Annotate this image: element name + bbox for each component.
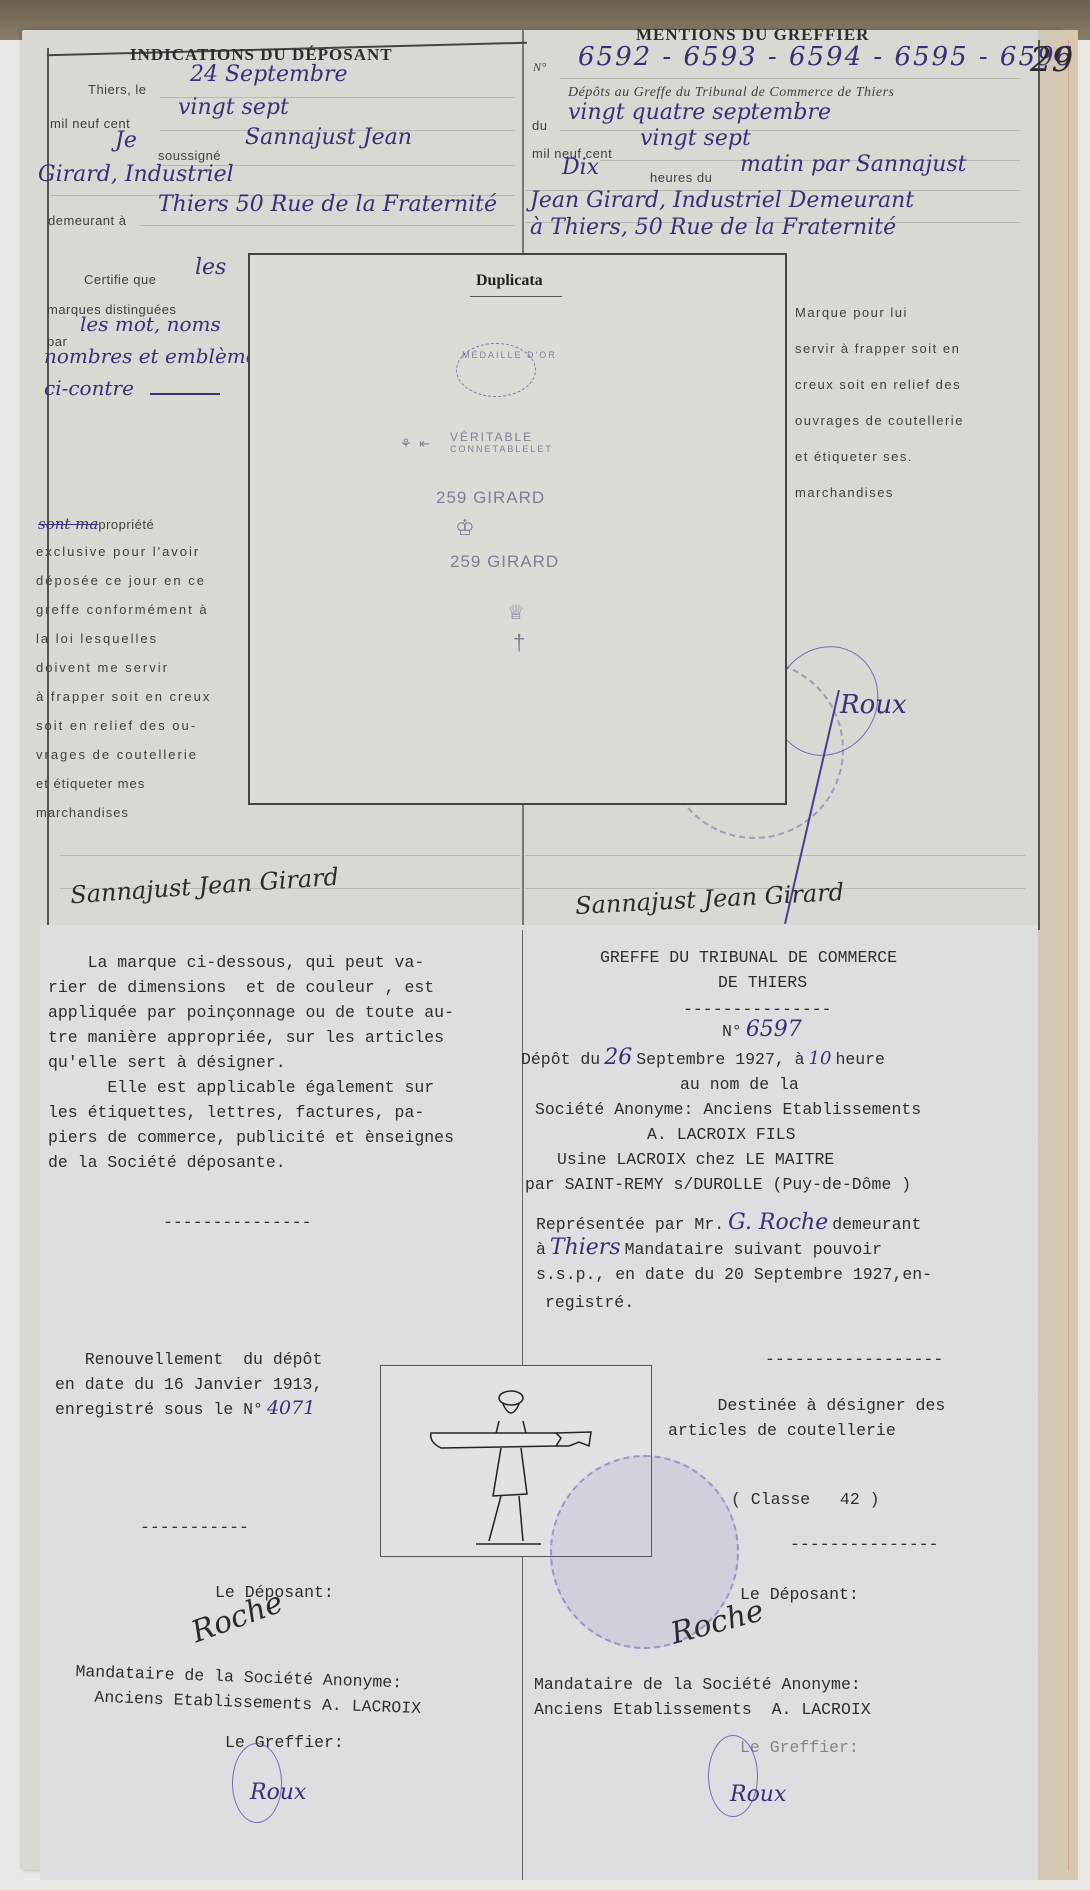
renouvellement-number: 4071	[267, 1397, 315, 1419]
page-edge-right	[1038, 30, 1078, 1880]
renouvellement-block: Renouvellement du dépôt en date du 16 Ja…	[55, 1347, 322, 1422]
handwritten-dash	[150, 393, 220, 395]
numero-handwritten: 6597	[746, 1017, 802, 1042]
crown-small-icon: ♕	[507, 600, 527, 625]
heures-handwritten: Dix	[562, 155, 599, 180]
typed-line: tre manière appropriée, sur les articles	[48, 1025, 454, 1050]
typed-line: appliquée par poinçonnage ou de toute au…	[48, 1000, 454, 1025]
typed-line: A. LACROIX FILS	[647, 1122, 796, 1147]
body-line: soit en relief des ou-	[36, 718, 244, 747]
year-handwritten: vingt sept	[178, 95, 289, 120]
duplicata-underline	[470, 296, 562, 297]
marque-line: creux soit en relief des	[795, 377, 1025, 413]
body-line: exclusive pour l'avoir	[36, 544, 244, 573]
typed-line: Anciens Etablissements A. LACROIX	[534, 1697, 871, 1722]
stamp-259-girard-2: 259 GIRARD	[450, 552, 559, 572]
greffe-header-1: GREFFE DU TRIBUNAL DE COMMERCE	[600, 945, 897, 970]
du-label: du	[532, 118, 547, 133]
address-handwritten: Thiers 50 Rue de la Fraternité	[158, 192, 497, 217]
flower-mark-icon: ⚘ ⇤	[400, 436, 432, 452]
typed-line: articles de coutellerie	[668, 1418, 945, 1443]
heures-label: heures du	[650, 170, 712, 185]
typed-line: Usine LACROIX chez LE MAITRE	[557, 1147, 834, 1172]
marque-line: servir à frapper soit en	[795, 341, 1025, 377]
marque-block: Marque pour lui servir à frapper soit en…	[795, 305, 1025, 521]
typed-line: Renouvellement du dépôt	[55, 1347, 322, 1372]
depot-day-handwritten: 26	[604, 1045, 632, 1070]
classe-label: ( Classe 42 )	[731, 1487, 880, 1512]
medaille-stamp-text: MÉDAILLE D'OR	[462, 350, 557, 360]
marque-line: marchandises	[795, 485, 1025, 521]
duplicata-box	[248, 253, 787, 805]
represente-prefix: Représentée par Mr.	[536, 1215, 724, 1234]
body-line: marchandises	[36, 805, 244, 834]
stamp-259-girard-1: 259 GIRARD	[436, 488, 545, 508]
typed-line: enregistré sous le N°	[55, 1397, 263, 1422]
rule	[560, 78, 1020, 79]
date-handwritten: 24 Septembre	[190, 62, 348, 87]
typed-line: Destinée à désigner des	[668, 1393, 945, 1418]
numero-label: N°	[722, 1022, 742, 1041]
a-handwritten: Thiers	[550, 1235, 621, 1260]
typed-line: rier de dimensions et de couleur , est	[48, 975, 454, 1000]
propriete-handwritten: sont ma	[38, 515, 98, 533]
typed-line: par SAINT-REMY s/DUROLLE (Puy-de-Dôme )	[525, 1172, 911, 1197]
greffier-sign-right: Roux	[730, 1782, 786, 1807]
body-line: doivent me servir	[36, 660, 244, 689]
propriete-line: sont mapropriété	[38, 515, 154, 534]
page-number: 29	[1030, 40, 1073, 80]
typed-line: La marque ci-dessous, qui peut va-	[48, 950, 454, 975]
typed-line: Mandataire de la Société Anonyme:	[534, 1672, 871, 1697]
margin-red-line	[1068, 40, 1069, 1870]
greffier-sign-left: Roux	[250, 1780, 306, 1805]
thiers-le-label: Thiers, le	[88, 82, 146, 97]
veritable-stamp-1: VÉRITABLE	[450, 430, 533, 444]
typed-line: au nom de la	[680, 1072, 799, 1097]
depot-mid: Septembre 1927, à	[636, 1050, 804, 1069]
numero-line: N° 6597	[722, 1017, 802, 1044]
body-line: greffe conformément à	[36, 602, 244, 631]
du-handwritten: vingt quatre septembre	[568, 100, 831, 125]
depot-line: Dépôt du 26 Septembre 1927, à 10 heure	[521, 1045, 885, 1072]
greffe-header-2: DE THIERS	[718, 970, 807, 995]
typed-dashes: ------------------	[765, 1347, 943, 1372]
destinee-block: Destinée à désigner des articles de cout…	[668, 1393, 945, 1443]
rule	[525, 855, 1025, 856]
typed-line: Société Anonyme: Anciens Etablissements	[535, 1097, 921, 1122]
deposant-body: exclusive pour l'avoir déposée ce jour e…	[36, 544, 244, 834]
heures-handwritten-2: matin par Sannajust	[740, 152, 967, 177]
mil-handwritten: vingt sept	[640, 126, 751, 151]
typed-line: de la Société déposante.	[48, 1150, 454, 1175]
rule	[560, 130, 1020, 131]
mandataire-line: Mandataire suivant pouvoir	[625, 1240, 882, 1259]
certifie-label: Certifie que	[84, 272, 156, 287]
duplicata-title: Duplicata	[476, 272, 543, 290]
represente-suffix: demeurant	[832, 1215, 921, 1234]
line-handwritten-3: à Thiers, 50 Rue de la Fraternité	[530, 215, 896, 240]
right-border	[1038, 40, 1040, 930]
marque-line: et étiqueter ses.	[795, 449, 1025, 485]
typed-line: en date du 16 Janvier 1913,	[55, 1372, 322, 1397]
line-handwritten-2: Jean Girard, Industriel Demeurant	[530, 188, 914, 213]
veritable-stamp-2: CONNETABLELET	[450, 444, 553, 454]
greffier-signature: Roux	[840, 690, 907, 720]
depots-label: Dépôts au Greffe du Tribunal de Commerce…	[568, 85, 895, 101]
represente-line: Représentée par Mr. G. Roche demeurant	[536, 1210, 921, 1237]
certifie-handwritten: les	[195, 255, 226, 280]
marque-line: Marque pour lui	[795, 305, 1025, 341]
cross-icon: †	[513, 630, 527, 656]
mandataire-right: Mandataire de la Société Anonyme: Ancien…	[534, 1672, 871, 1722]
typed-line: les étiquettes, lettres, factures, pa-	[48, 1100, 454, 1125]
name-handwritten-2: Girard, Industriel	[38, 162, 234, 187]
typed-line: s.s.p., en date du 20 Septembre 1927,en-	[536, 1262, 932, 1287]
a-label: à	[536, 1240, 546, 1259]
par-handwritten-2: nombres et emblèmes	[44, 344, 268, 368]
par-handwritten-3: ci-contre	[44, 376, 134, 400]
soussigne-label: soussigné	[158, 148, 221, 163]
depot-prefix: Dépôt du	[521, 1050, 600, 1069]
propriete-label: propriété	[98, 517, 154, 532]
rule	[60, 855, 520, 856]
typed-dashes: ---------------	[163, 1210, 312, 1235]
name-handwritten-1: Sannajust Jean	[245, 125, 412, 150]
typed-dashes-2: -----------	[140, 1515, 249, 1540]
body-line: la loi lesquelles	[36, 631, 244, 660]
represente-handwritten: G. Roche	[728, 1210, 828, 1235]
body-line: à frapper soit en creux	[36, 689, 244, 718]
depot-suffix: heure	[835, 1050, 885, 1069]
typed-line: Elle est applicable également sur	[48, 1075, 454, 1100]
typed-dashes: ---------------	[790, 1532, 939, 1557]
no-label: N°	[533, 60, 547, 75]
par-handwritten-1: les mot, noms	[80, 312, 221, 336]
typed-paragraph: La marque ci-dessous, qui peut va- rier …	[48, 950, 454, 1175]
crown-icon: ♔	[455, 515, 477, 541]
a-line: à Thiers Mandataire suivant pouvoir	[536, 1235, 882, 1262]
marque-line: ouvrages de coutellerie	[795, 413, 1025, 449]
body-line: déposée ce jour en ce	[36, 573, 244, 602]
registration-numbers: 6592 - 6593 - 6594 - 6595 - 6596	[578, 42, 1074, 72]
je-handwritten: Je	[115, 128, 137, 153]
body-line: vrages de coutellerie	[36, 747, 244, 776]
typed-line: registré.	[545, 1290, 634, 1315]
typed-line: piers de commerce, publicité et ènseigne…	[48, 1125, 454, 1150]
body-line: et étiqueter mes	[36, 776, 244, 805]
typed-line: qu'elle sert à désigner.	[48, 1050, 454, 1075]
demeurant-label: demeurant à	[48, 213, 127, 228]
rule	[140, 225, 515, 226]
greffier-label-right: Le Greffier:	[740, 1735, 859, 1760]
depot-hour-handwritten: 10	[809, 1048, 832, 1069]
